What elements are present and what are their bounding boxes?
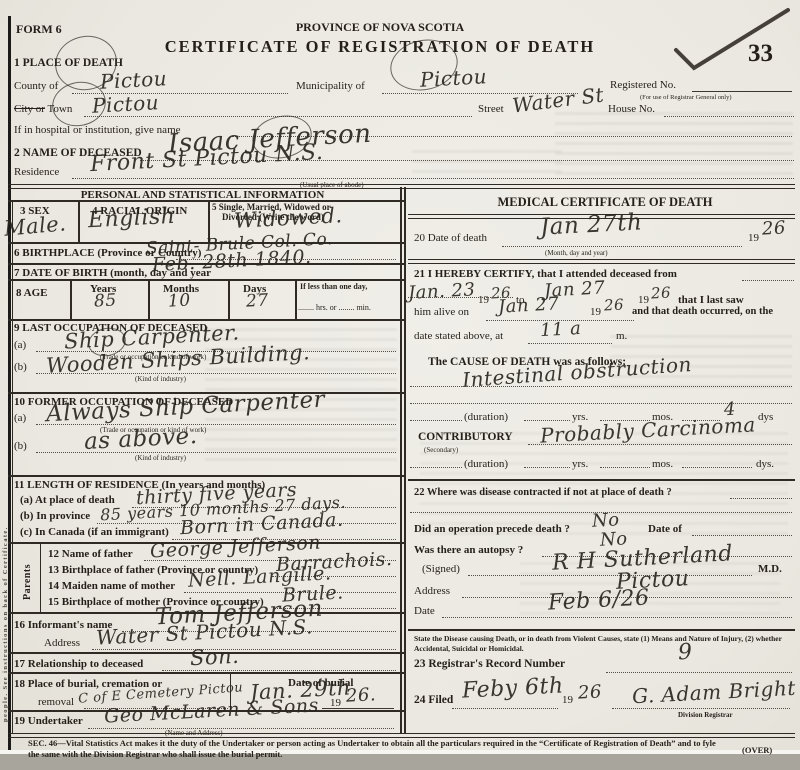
relationship-label: 17 Relationship to deceased <box>14 658 143 670</box>
alive-year-value: 26 <box>604 295 625 314</box>
dod-note: (Month, day and year) <box>545 249 608 257</box>
division-registrar-signature: G. Adam Bright <box>631 676 796 709</box>
undertaker-label: 19 Undertaker <box>14 715 83 727</box>
certificate-date-value: Feb 6/26 <box>547 585 650 615</box>
rule <box>8 672 404 674</box>
date-of-death-value: Jan 27th <box>539 209 643 240</box>
registrar-record-value: 9 <box>677 640 693 666</box>
age-months-value: 10 <box>167 290 191 311</box>
column-divider <box>404 187 406 733</box>
to-year-printed: 19 <box>638 294 649 306</box>
physician-address-label: Address <box>414 585 450 597</box>
age-label: 8 AGE <box>16 287 47 299</box>
age-days-value: 27 <box>245 290 269 311</box>
checkmark-icon <box>664 4 796 82</box>
death-certificate-scan: people. See instructions on back of Cert… <box>0 0 800 770</box>
burial-year-value: 26. <box>345 684 376 707</box>
duration-mos-label: mos. <box>652 458 673 470</box>
residence-a-label: (a) At place of death <box>20 494 115 506</box>
cell-divider <box>70 279 72 319</box>
certificate-date-label: Date <box>414 605 435 617</box>
municipality-label: Municipality of <box>296 80 365 92</box>
bleed-through <box>555 112 793 180</box>
operation-date-label: Date of <box>648 523 682 535</box>
q22-line <box>730 498 792 499</box>
duration-label: (duration) <box>464 411 508 423</box>
contributory-label: CONTRIBUTORY <box>418 431 513 443</box>
rule <box>408 259 795 264</box>
margin-instruction-note: people. See instructions on back of Cert… <box>2 526 9 722</box>
form-number: FORM 6 <box>16 22 62 37</box>
registered-no-line <box>692 91 792 92</box>
former-occupation-a-label: (a) <box>14 412 26 424</box>
filed-year-printed: 19 <box>562 694 573 706</box>
registration-number: 33 <box>748 40 773 68</box>
certificate-title: CERTIFICATE OF REGISTRATION OF DEATH <box>110 37 650 57</box>
less-than-day-units: ........ hrs. or ........ min. <box>298 303 371 312</box>
relationship-line <box>162 670 396 671</box>
certify-label: 21 I HEREBY CERTIFY, that I attended dec… <box>414 268 677 280</box>
cell-divider <box>78 200 80 242</box>
county-label: County of <box>14 80 58 92</box>
duration-dys-label: dys. <box>756 458 774 470</box>
duration-line <box>524 467 570 468</box>
house-no-line <box>664 116 794 117</box>
signed-line <box>468 575 752 576</box>
filed-label: 24 Filed <box>414 694 453 706</box>
duration-dys-label: dys <box>758 411 773 423</box>
dod-year-printed: 19 <box>748 232 759 244</box>
date-of-death-label: 20 Date of death <box>414 232 487 244</box>
rule <box>8 319 404 321</box>
alive-label: him alive on <box>414 306 469 318</box>
rule <box>8 475 404 477</box>
father-name-label: 12 Name of father <box>48 548 133 560</box>
registered-no-note: (For use of Registrar General only) <box>640 94 732 101</box>
filed-line <box>452 708 558 709</box>
duration-line <box>682 467 752 468</box>
racial-origin-value: English <box>87 204 176 234</box>
operation-label: Did an operation precede death ? <box>414 523 570 535</box>
registrar-signature-line <box>612 708 790 709</box>
industry-note: (Kind of industry) <box>135 375 186 383</box>
residence-label: Residence <box>14 166 59 178</box>
signed-label: (Signed) <box>422 563 460 575</box>
violent-causes-note: State the Disease causing Death, or in d… <box>414 634 788 654</box>
sec46-footer-note: SEC. 46—Vital Statistics Act makes it th… <box>28 738 728 761</box>
attended-from-value: Jan. 23 <box>407 279 475 303</box>
rule <box>8 200 404 202</box>
certificate-date-line <box>442 617 792 618</box>
informant-line <box>92 649 396 650</box>
duration-line <box>600 467 650 468</box>
duration-line <box>524 420 570 421</box>
cell-divider <box>148 279 150 319</box>
disease-contracted-label: 22 Where was disease contracted if not a… <box>414 487 672 498</box>
division-registrar-label: Division Registrar <box>678 711 733 719</box>
md-label: M.D. <box>758 563 782 575</box>
informant-address-value: Water St Pictou N.S. <box>96 614 314 649</box>
bleed-through <box>412 150 562 180</box>
rule <box>8 279 404 281</box>
residence-value: Front St Pictou N.S. <box>90 140 324 177</box>
to-year-value: 26 <box>651 283 672 302</box>
last-saw-label: that I last saw <box>678 294 744 306</box>
date-of-death-line <box>502 246 742 247</box>
house-no-label: House No. <box>608 103 655 115</box>
operation-line <box>692 535 792 536</box>
rule <box>408 479 795 481</box>
less-than-day-label: If less than one day, <box>300 282 367 291</box>
sex-value: Male. <box>3 211 67 240</box>
registrar-record-label: 23 Registrar's Record Number <box>414 658 565 670</box>
time-suffix: m. <box>616 330 627 342</box>
hospital-label: If in hospital or institution, give name <box>14 124 181 136</box>
autopsy-label: Was there an autopsy ? <box>414 544 523 556</box>
former-occupation-b-value: as above. <box>83 423 198 455</box>
burial-label-line2: removal <box>38 696 74 708</box>
dod-year-value: 26 <box>761 217 786 239</box>
secondary-note: (Secondary) <box>424 446 458 454</box>
filed-date-value: Feby 6th <box>461 673 564 703</box>
filed-year-value: 26 <box>577 681 602 703</box>
parents-divider <box>40 542 41 612</box>
duration-line <box>410 420 462 421</box>
stated-above-label: date stated above, at <box>414 330 503 342</box>
alive-year-printed: 19 <box>590 306 601 318</box>
mother-name-label: 14 Maiden name of mother <box>48 580 175 592</box>
medical-section-title: MEDICAL CERTIFICATE OF DEATH <box>420 195 790 210</box>
last-occupation-a-label: (a) <box>14 339 26 351</box>
residence-b-label: (b) In province <box>20 510 90 522</box>
relationship-value: Son. <box>189 644 239 671</box>
age-years-value: 85 <box>93 290 117 311</box>
undertaker-line <box>88 728 394 729</box>
from-year-printed: 19 <box>478 294 489 306</box>
cell-divider <box>228 279 230 319</box>
last-occupation-b-label: (b) <box>14 361 27 373</box>
province-heading: PROVINCE OF NOVA SCOTIA <box>180 20 580 35</box>
registered-no-label: Registered No. <box>610 79 676 91</box>
cell-divider <box>295 279 297 319</box>
alive-value: Jan 27 <box>497 293 559 317</box>
industry-note: (Kind of industry) <box>135 454 186 462</box>
time-of-death-value: 11 a <box>539 318 581 341</box>
city-or-struck: City or <box>14 103 45 115</box>
time-line <box>528 343 612 344</box>
residence-line <box>72 178 794 179</box>
informant-address-label: Address <box>44 637 80 649</box>
cause-line <box>410 386 792 387</box>
over-label: (OVER) <box>742 745 772 755</box>
duration-line <box>410 467 462 468</box>
duration-yrs-label: yrs. <box>572 458 588 470</box>
rule <box>408 629 795 631</box>
former-occupation-b-label: (b) <box>14 440 27 452</box>
record-line <box>606 672 792 673</box>
certify-line <box>742 280 794 281</box>
burial-year-line <box>322 708 394 709</box>
duration-label: (duration) <box>464 458 508 470</box>
street-label: Street <box>478 103 504 115</box>
residence-c-label: (c) In Canada (if an immigrant) <box>20 526 169 538</box>
parents-side-label: Parents <box>22 564 33 600</box>
occurred-label: and that death occurred, on the <box>632 306 773 317</box>
